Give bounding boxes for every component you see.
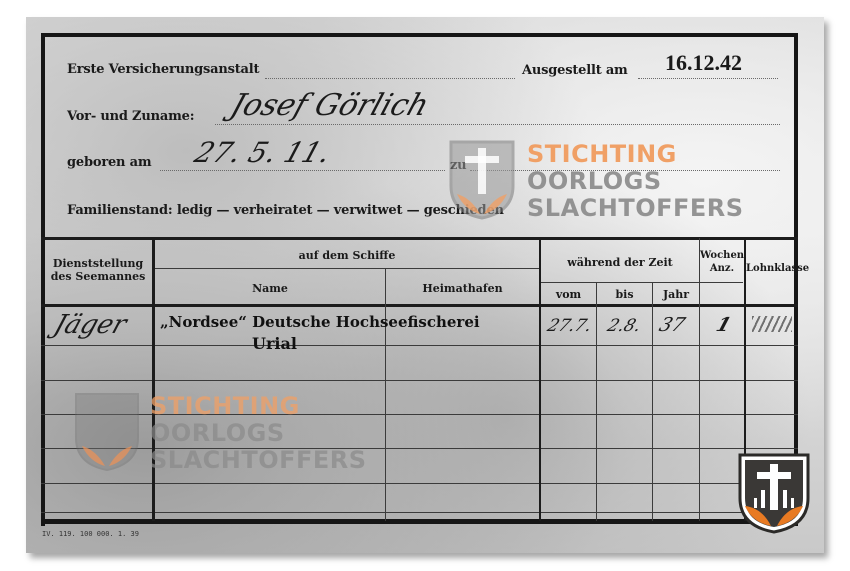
footer-print-code: IV. 119. 100 000. 1. 39 (42, 530, 139, 538)
watermark2-line2: OORLOGS (150, 420, 285, 447)
row-ship-name: „Nordsee“ Deutsche Hochseefischerei (160, 313, 480, 331)
watermark-shield-icon-2 (72, 390, 142, 472)
period-subheader-line (540, 282, 743, 283)
col-divider-to (652, 282, 653, 521)
col-divider-year (699, 238, 700, 521)
header-home-port: Heimathafen (386, 282, 539, 295)
born-field-line (160, 170, 445, 171)
name-field-line (215, 124, 780, 125)
watermark-line3: SLACHTOFFERS (527, 195, 744, 222)
name-value: Josef Görlich (226, 88, 433, 123)
header-ship-name: Name (155, 282, 385, 295)
header-role: Dienststellung des Seemannes (44, 257, 152, 283)
header-ship-group: auf dem Schiffe (155, 249, 539, 262)
born-label: geboren am (67, 155, 151, 170)
header-period-group: während der Zeit (541, 256, 699, 269)
header-from: vom (541, 288, 596, 301)
insurer-label: Erste Versicherungsanstalt (67, 62, 259, 77)
col-divider-role (152, 238, 155, 521)
insurer-field-line (265, 78, 515, 79)
col-divider-homeport (539, 238, 541, 521)
col-divider-from (596, 282, 597, 521)
row-ship-name-line2: Urial (252, 334, 297, 353)
row-from: 27.7. (545, 316, 595, 336)
watermark-line2: OORLOGS (527, 168, 662, 195)
ship-subheader-line (155, 268, 540, 269)
header-to: bis (597, 288, 652, 301)
born-value: 27. 5. 11. (191, 136, 335, 169)
col-divider-name (385, 268, 386, 521)
stichting-logo-icon (737, 452, 811, 534)
name-label: Vor- und Zuname: (67, 109, 194, 124)
issued-field-line (638, 78, 778, 79)
row-role: Jäger (50, 310, 130, 340)
header-wage-class: Lohnklasse (746, 262, 798, 275)
issued-label: Ausgestellt am (522, 63, 628, 78)
issued-date: 16.12.42 (665, 50, 742, 76)
watermark-shield-icon (447, 138, 517, 220)
watermark-line1: STICHTING (527, 141, 677, 168)
row-to: 2.8. (605, 316, 644, 336)
header-year: Jahr (653, 288, 699, 301)
row-wage-class-hatch (752, 316, 792, 332)
marital-status-label: Familienstand: ledig — verheiratet — ver… (67, 203, 504, 218)
watermark2-line1: STICHTING (150, 393, 300, 420)
header-weeks: Wochen Anz. (700, 249, 744, 275)
watermark2-line3: SLACHTOFFERS (150, 447, 367, 474)
